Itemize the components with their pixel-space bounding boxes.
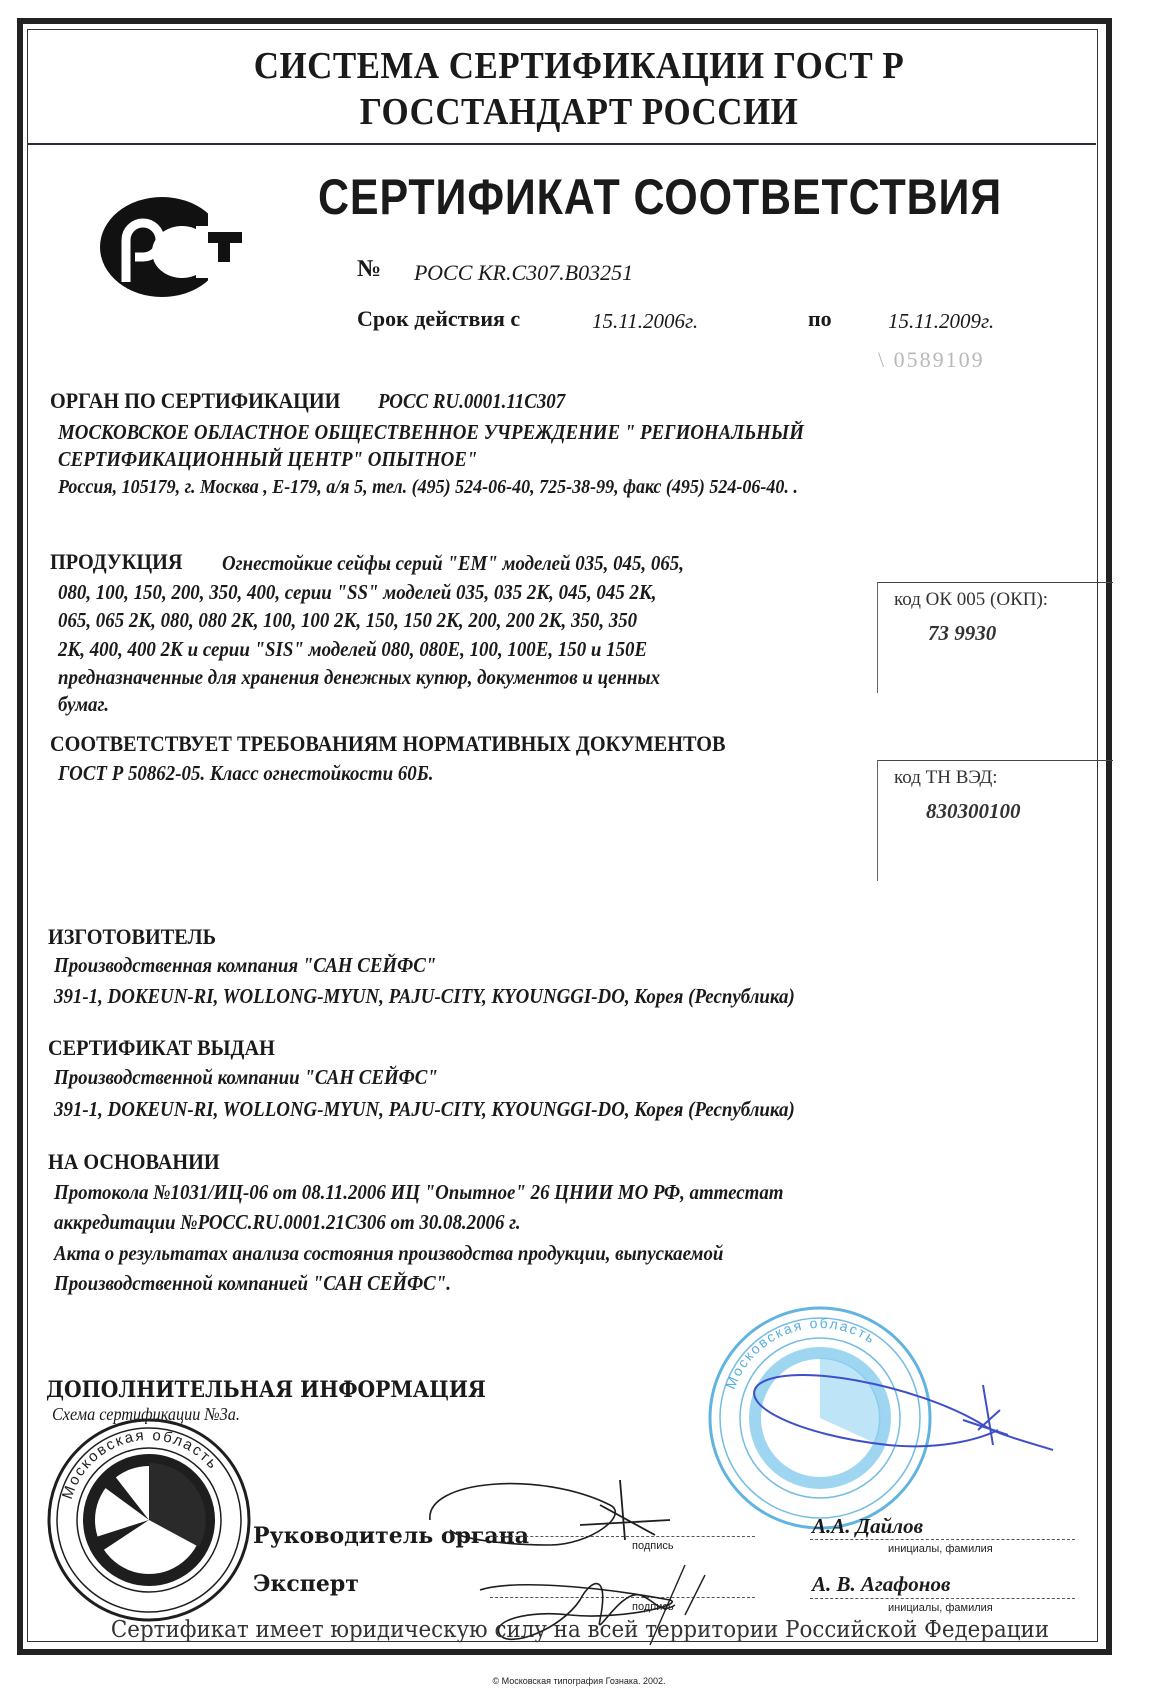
head-signature [420,1460,680,1565]
manufacturer-address: 391-1, DOKEUN-RI, WOLLONG-MYUN, PAJU-CIT… [54,984,795,1009]
expert-name-line [810,1598,1075,1599]
issued-to-name: Производственной компании "САН СЕЙФС" [54,1065,438,1090]
expert-name-caption: инициалы, фамилия [888,1602,993,1614]
blank-serial-number: \ 0589109 [878,347,985,373]
tnved-code-box: код ТН ВЭД: 830300100 [877,760,1113,881]
okp-code-label: код ОК 005 (ОКП): [894,589,1048,611]
product-line: 2К, 400, 400 2К и серии "SIS" моделей 08… [58,637,647,662]
valid-from: 15.11.2006г. [592,309,698,334]
okp-code-value: 73 9930 [928,621,996,646]
printer-copyright: © Московская типография Гознака. 2002. [0,1676,1158,1686]
expert-name: А. В. Агафонов [812,1572,950,1597]
head-signature-blue [738,1365,1058,1480]
validity-label: Срок действия с [357,306,520,332]
number-label: № [357,256,381,283]
issued-to-label: СЕРТИФИКАТ ВЫДАН [48,1035,275,1061]
issued-to-address: 391-1, DOKEUN-RI, WOLLONG-MYUN, PAJU-CIT… [54,1097,795,1122]
product-line: 080, 100, 150, 200, 350, 400, серии "SS"… [58,580,657,605]
black-seal-stamp: Московская область [44,1415,254,1630]
system-title: СИСТЕМА СЕРТИФИКАЦИИ ГОСТ Р [46,44,1111,88]
tnved-code-value: 830300100 [926,799,1021,824]
certification-body-label: ОРГАН ПО СЕРТИФИКАЦИИ [50,388,340,414]
certification-body-name-line: МОСКОВСКОЕ ОБЛАСТНОЕ ОБЩЕСТВЕННОЕ УЧРЕЖД… [58,420,804,445]
certification-body-address: Россия, 105179, г. Москва , Е-179, а/я 5… [58,476,798,499]
head-name-caption: инициалы, фамилия [888,1543,993,1555]
rst-conformity-mark-icon [100,192,250,307]
product-label: ПРОДУКЦИЯ [50,549,183,575]
tnved-code-label: код ТН ВЭД: [894,767,998,789]
product-line: бумаг. [58,692,109,717]
product-line: предназначенные для хранения денежных ку… [58,665,660,690]
product-line: Огнестойкие сейфы серий "ЕМ" моделей 035… [222,551,684,576]
manufacturer-name: Производственная компания "САН СЕЙФС" [54,953,436,978]
certificate-title: СЕРТИФИКАТ СООТВЕТСТВИЯ [318,168,1002,226]
valid-to: 15.11.2009г. [888,309,994,334]
okp-code-box: код ОК 005 (ОКП): 73 9930 [877,582,1113,693]
certification-body-code: РОСС RU.0001.11С307 [378,389,565,414]
valid-to-label: по [808,306,832,332]
product-line: 065, 065 2К, 080, 080 2К, 100, 100 2К, 1… [58,608,637,633]
basis-line: аккредитации №РОСС.RU.0001.21С306 от 30.… [54,1210,521,1235]
conformity-label: СООТВЕТСТВУЕТ ТРЕБОВАНИЯМ НОРМАТИВНЫХ ДО… [50,731,726,757]
head-name-line [810,1539,1075,1540]
conformity-text: ГОСТ Р 50862-05. Класс огнестойкости 60Б… [58,761,433,786]
basis-line: Производственной компанией "САН СЕЙФС". [54,1271,451,1296]
certification-body-name-line: СЕРТИФИКАЦИОННЫЙ ЦЕНТР" ОПЫТНОЕ" [58,447,477,472]
additional-info-label: ДОПОЛНИТЕЛЬНАЯ ИНФОРМАЦИЯ [46,1377,486,1403]
manufacturer-label: ИЗГОТОВИТЕЛЬ [48,924,216,950]
expert-label: Эксперт [253,1571,359,1597]
agency-title: ГОССТАНДАРТ РОССИИ [46,90,1111,134]
basis-line: Акта о результатах анализа состояния про… [54,1241,723,1266]
certificate-number: РОСС KR.C307.B03251 [414,260,633,286]
certification-body-section: ОРГАН ПО СЕРТИФИКАЦИИ РОСС RU.0001.11С30… [50,388,586,414]
legal-validity-text: Сертификат имеет юридическую силу на все… [96,1617,1063,1643]
head-name: А.А. Дайлов [812,1514,923,1539]
basis-line: Протокола №1031/ИЦ-06 от 08.11.2006 ИЦ "… [54,1180,784,1205]
basis-label: НА ОСНОВАНИИ [48,1149,220,1175]
header-divider [28,143,1096,145]
